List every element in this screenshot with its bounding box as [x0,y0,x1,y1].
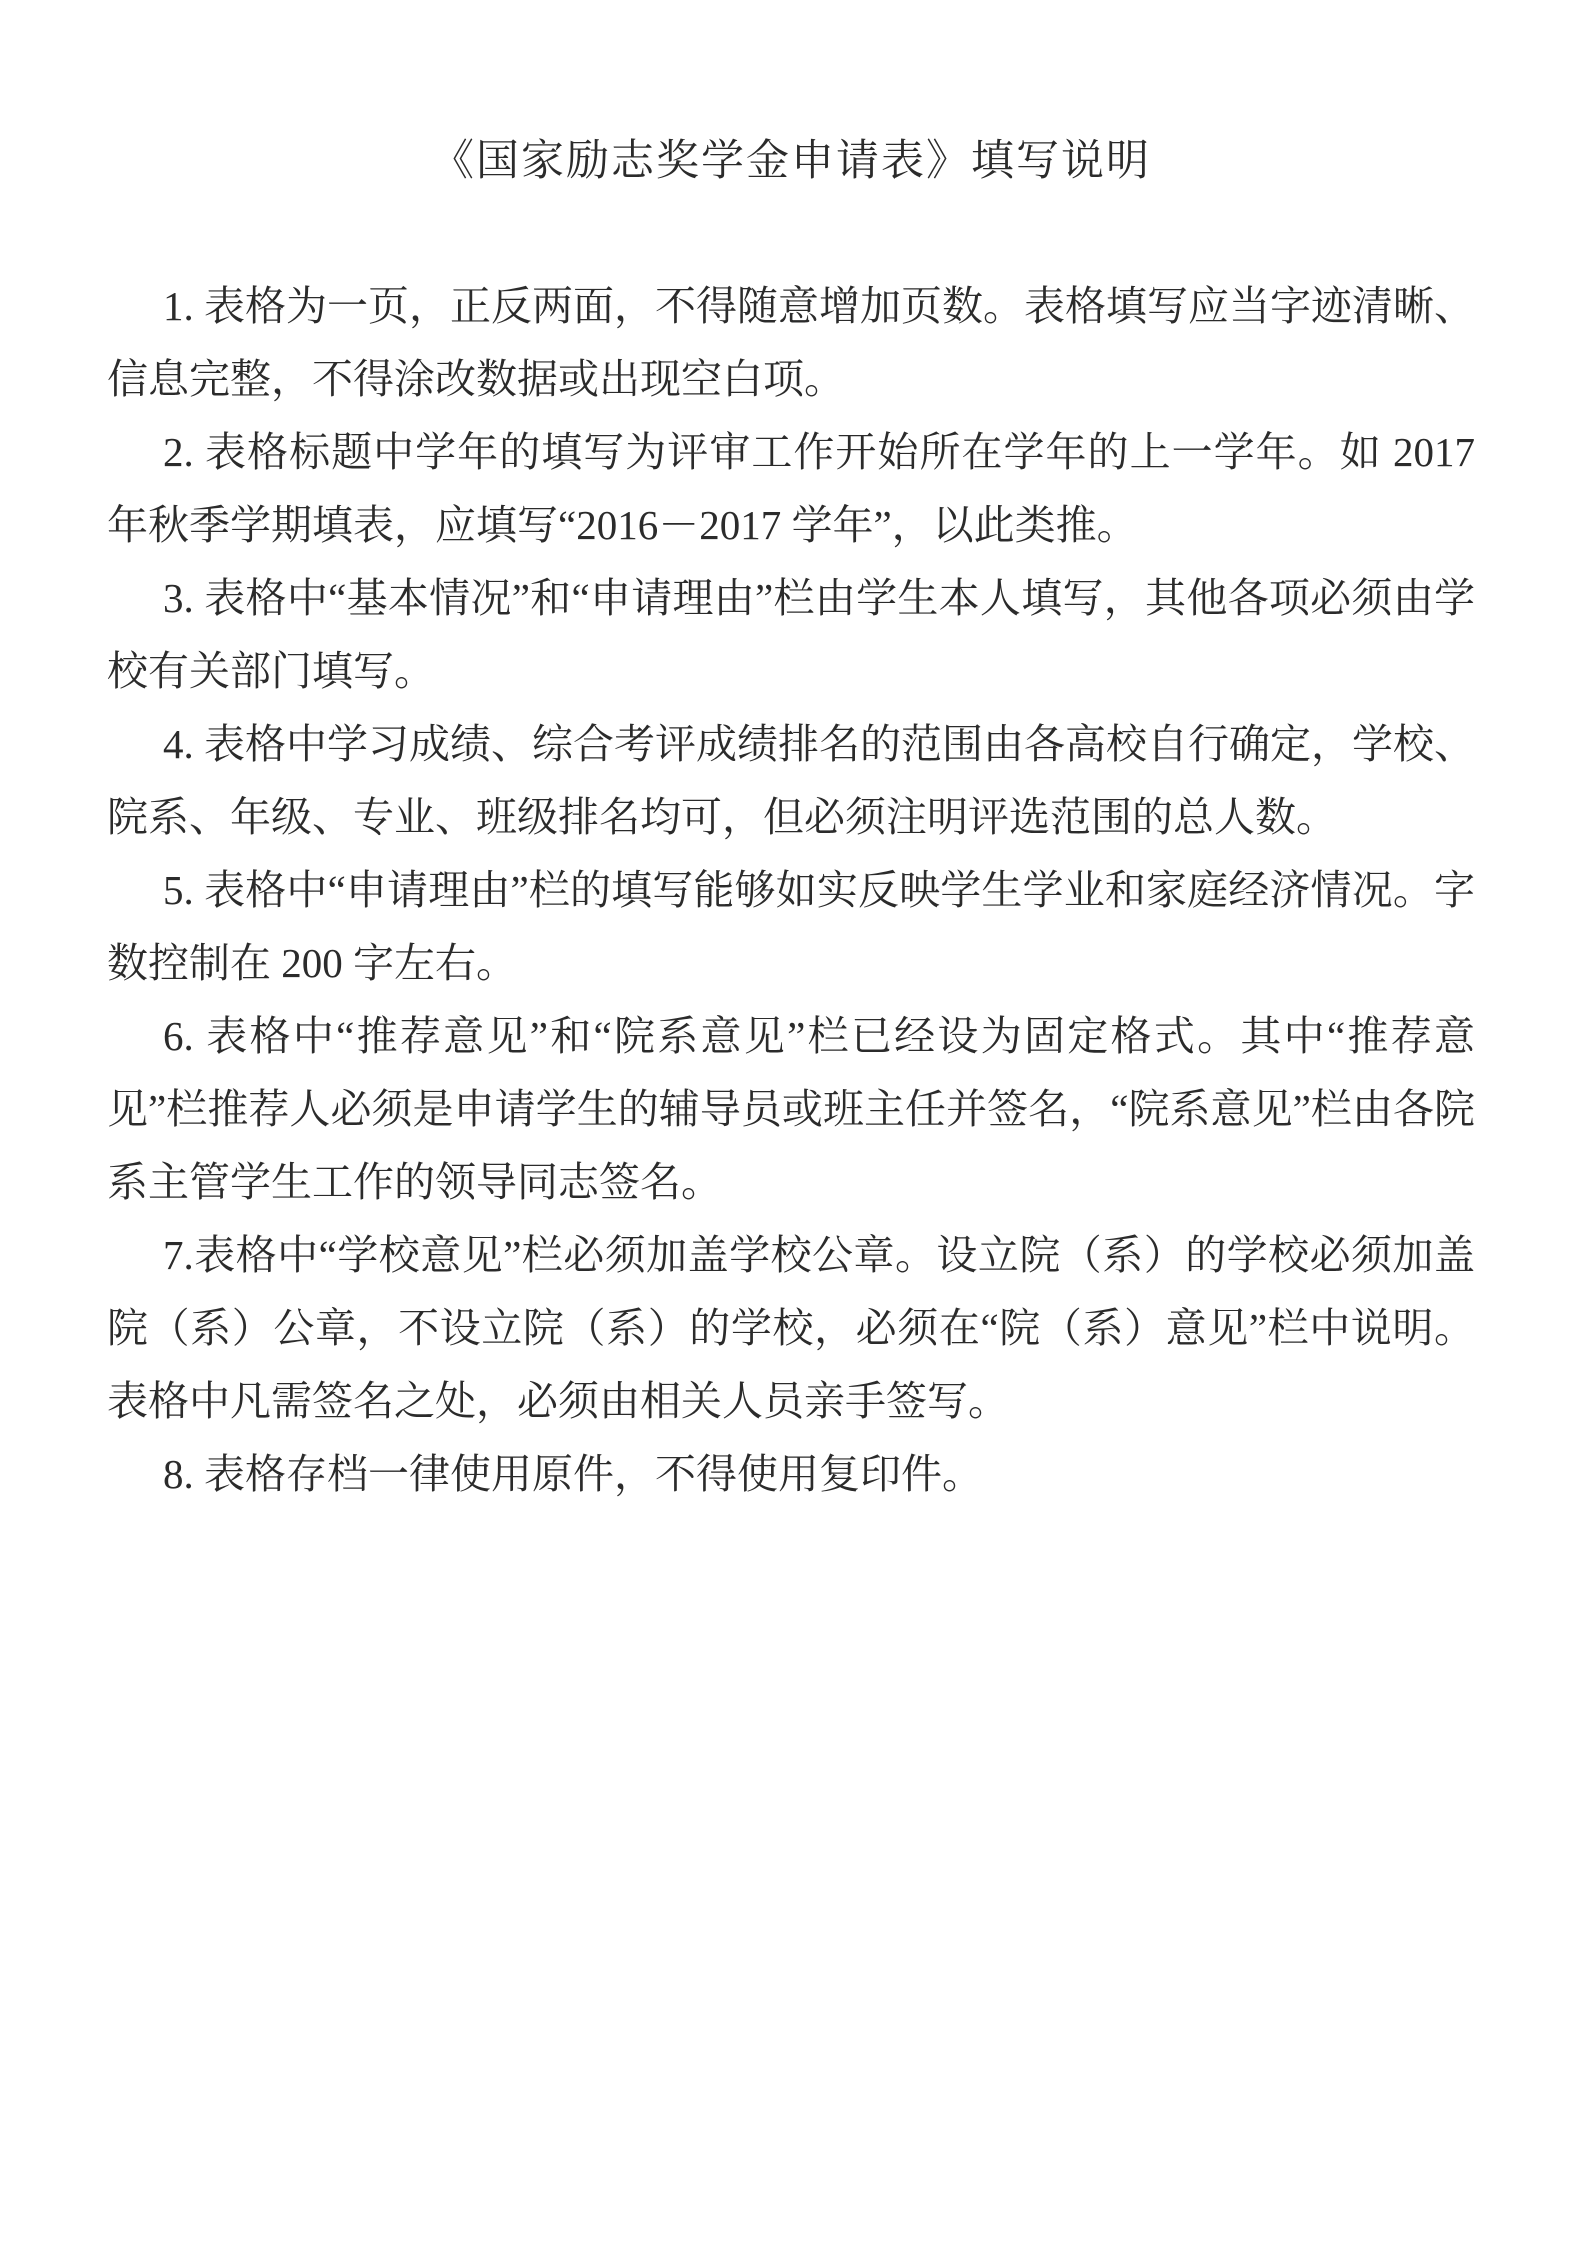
instruction-item-1: 1. 表格为一页，正反两面，不得随意增加页数。表格填写应当字迹清晰、信息完整，不… [107,270,1475,416]
instruction-item-3: 3. 表格中“基本情况”和“申请理由”栏由学生本人填写，其他各项必须由学校有关部… [107,562,1475,708]
document-title: 《国家励志奖学金申请表》填写说明 [107,96,1475,188]
instruction-item-8: 8. 表格存档一律使用原件，不得使用复印件。 [107,1438,1475,1511]
instruction-item-6: 6. 表格中“推荐意见”和“院系意见”栏已经设为固定格式。其中“推荐意见”栏推荐… [107,1000,1475,1219]
instruction-item-2: 2. 表格标题中学年的填写为评审工作开始所在学年的上一学年。如 2017 年秋季… [107,416,1475,562]
instruction-item-5: 5. 表格中“申请理由”栏的填写能够如实反映学生学业和家庭经济情况。字数控制在 … [107,854,1475,1000]
instructions-list: 1. 表格为一页，正反两面，不得随意增加页数。表格填写应当字迹清晰、信息完整，不… [107,270,1475,1511]
instruction-item-4: 4. 表格中学习成绩、综合考评成绩排名的范围由各高校自行确定，学校、院系、年级、… [107,708,1475,854]
document-page: 《国家励志奖学金申请表》填写说明 1. 表格为一页，正反两面，不得随意增加页数。… [0,0,1587,2245]
instruction-item-7: 7.表格中“学校意见”栏必须加盖学校公章。设立院（系）的学校必须加盖院（系）公章… [107,1219,1475,1438]
